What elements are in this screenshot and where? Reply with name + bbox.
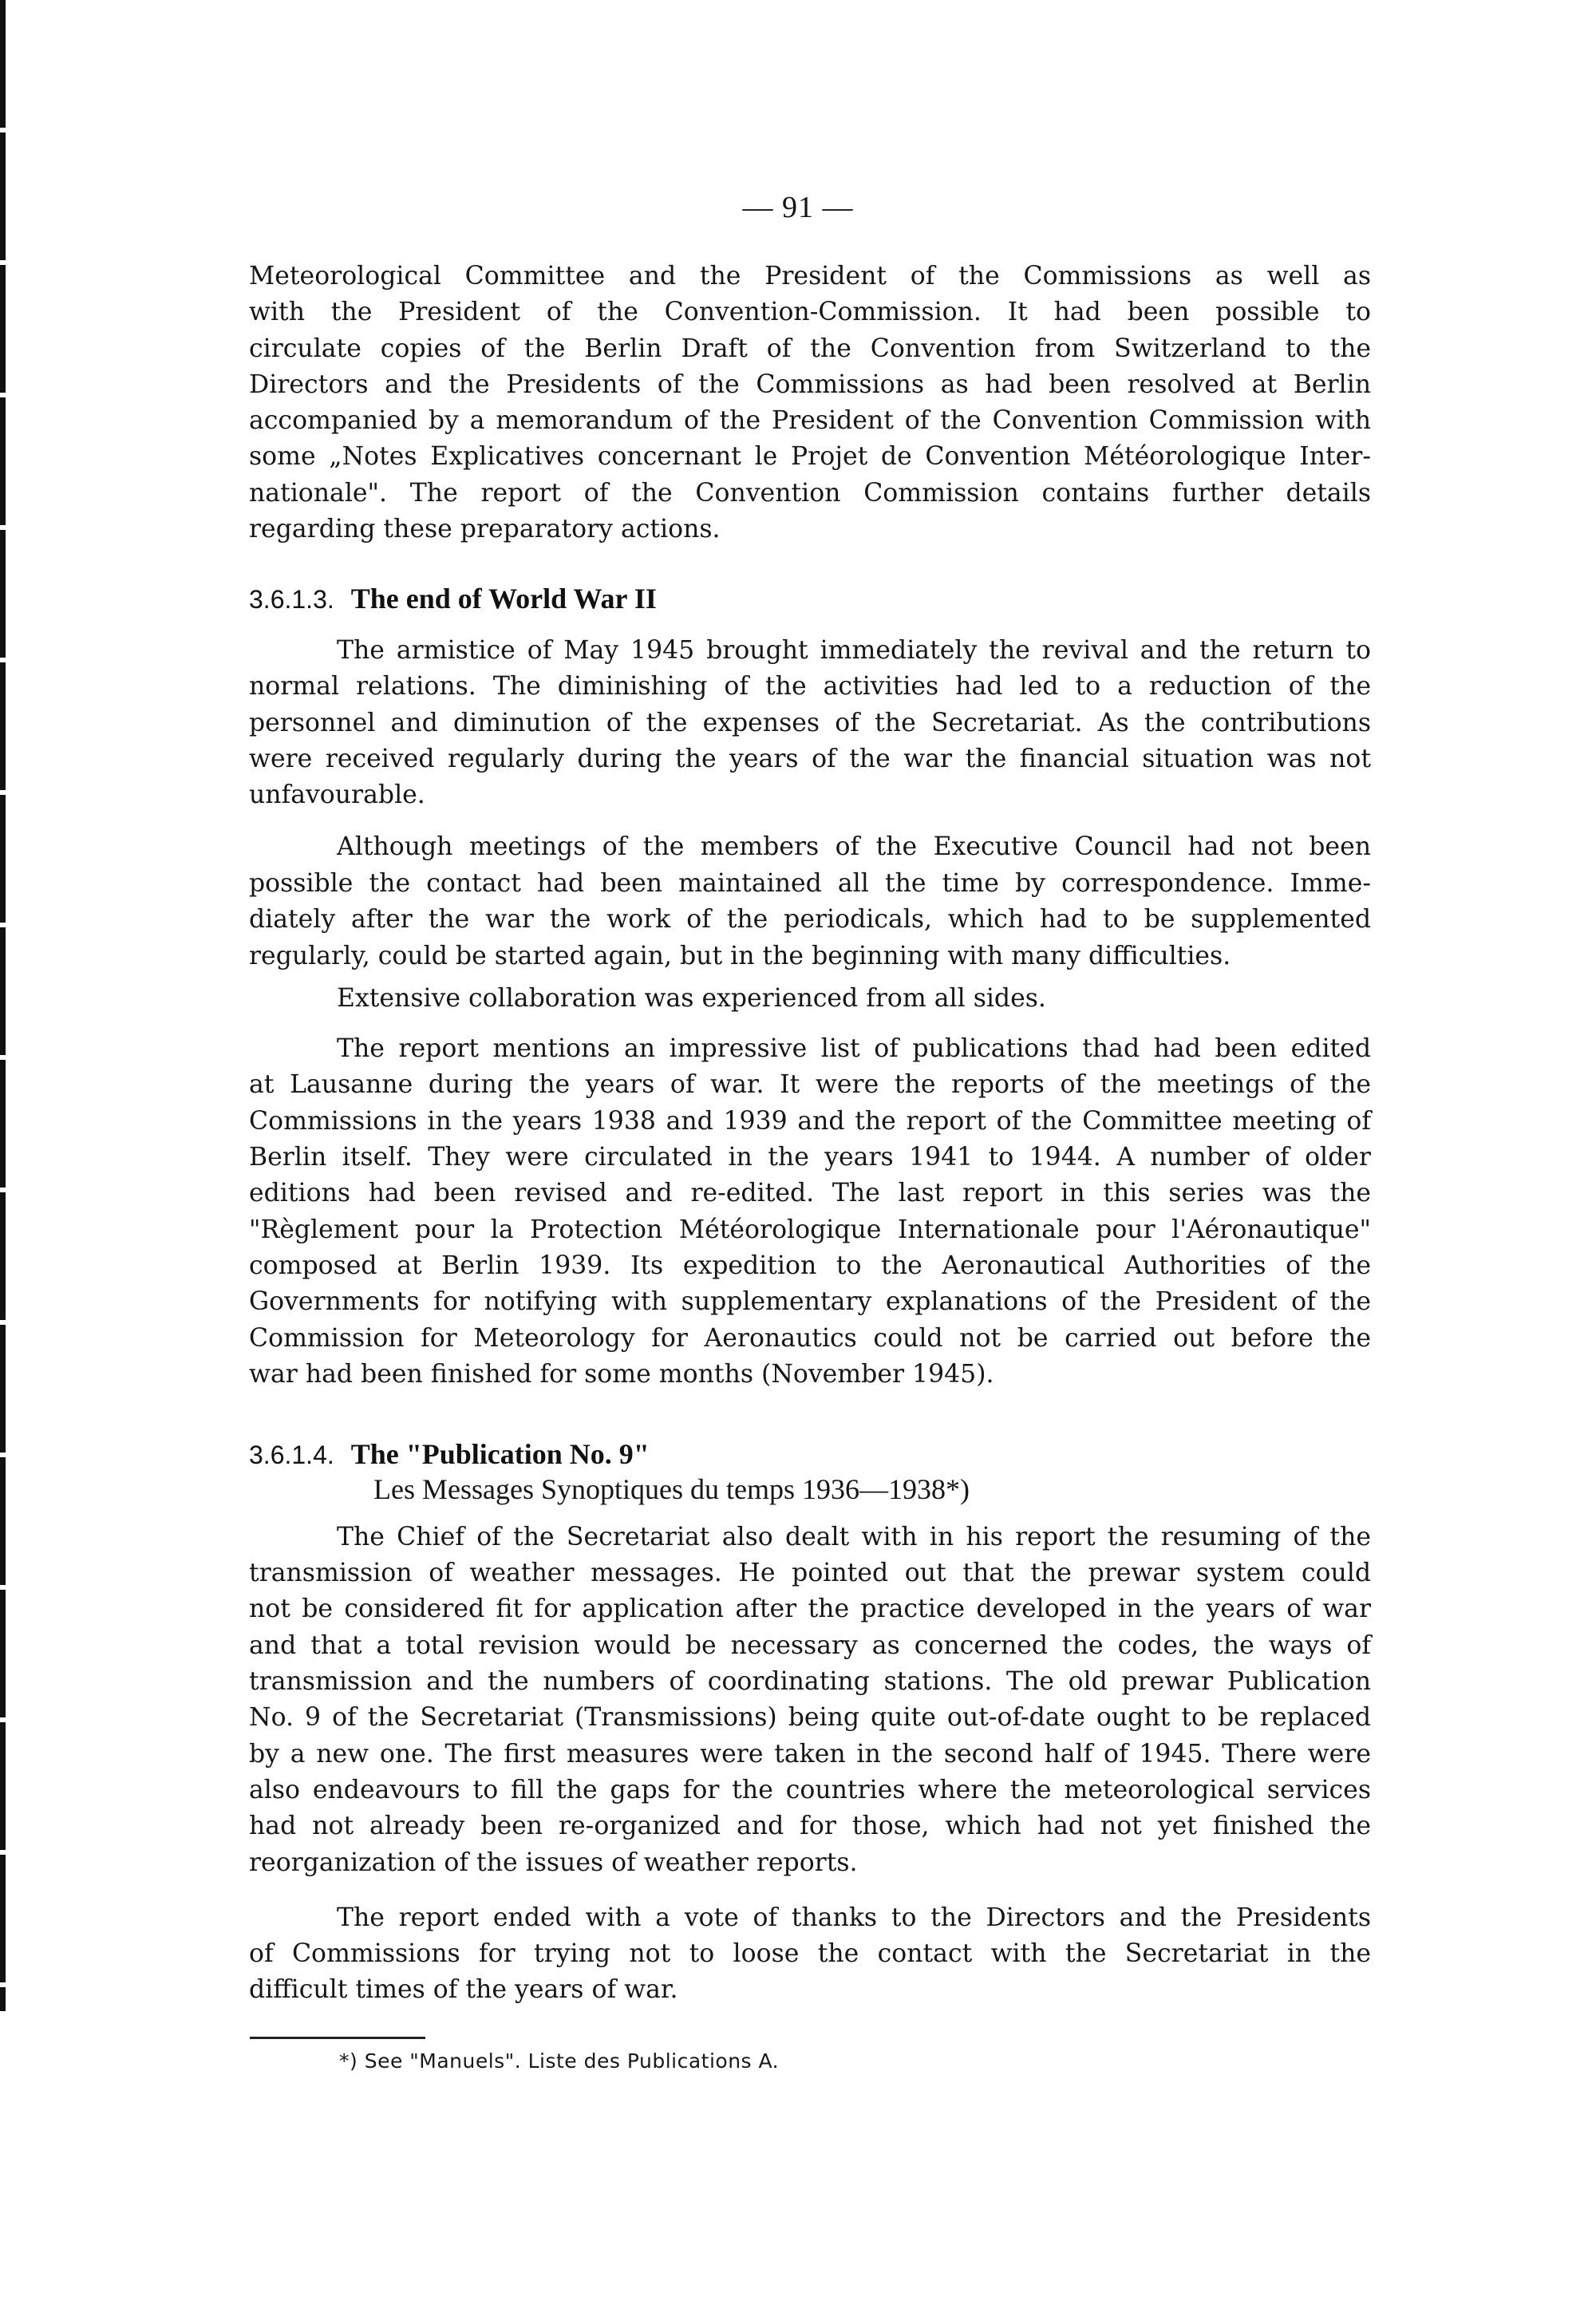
section-number: 3.6.1.3. <box>249 585 334 614</box>
scan-edge-artifact <box>0 0 6 2011</box>
text-line: regarding these preparatory actions. <box>249 513 1371 545</box>
text-line: No. 9 of the Secretariat (Transmissions)… <box>249 1701 1371 1733</box>
text-line: The armistice of May 1945 brought immedi… <box>337 634 1371 666</box>
text-line: Commissions in the years 1938 and 1939 a… <box>249 1105 1371 1137</box>
section-subtitle: Les Messages Synoptiques du temps 1936—1… <box>373 1473 970 1505</box>
text-line: Berlin itself. They were circulated in t… <box>249 1141 1371 1173</box>
text-line: some „Notes Explicatives concernant le P… <box>249 441 1371 472</box>
text-line: composed at Berlin 1939. Its expedition … <box>249 1250 1371 1282</box>
text-line: with the President of the Convention-Com… <box>249 296 1371 328</box>
footnote-divider <box>250 2037 425 2039</box>
text-line: were received regularly during the years… <box>249 743 1371 775</box>
text-line: transmission and the numbers of coordina… <box>249 1666 1371 1697</box>
text-line: regularly, could be started again, but i… <box>249 940 1371 972</box>
text-line: accompanied by a memorandum of the Presi… <box>249 405 1371 437</box>
text-line: diately after the war the work of the pe… <box>249 903 1371 935</box>
text-line: and that a total revision would be neces… <box>249 1630 1371 1662</box>
text-line: war had been finished for some months (N… <box>249 1358 1371 1390</box>
footnote: *) See "Manuels". Liste des Publications… <box>339 2049 779 2073</box>
text-line: Governments for notifying with supplemen… <box>249 1286 1371 1318</box>
section-heading-3-6-1-4: 3.6.1.4. The "Publication No. 9" <box>249 1438 650 1471</box>
text-line: Extensive collaboration was experienced … <box>337 982 1371 1014</box>
text-line: personnel and diminution of the expenses… <box>249 707 1371 739</box>
text-line: editions had been revised and re-edited.… <box>249 1177 1371 1209</box>
text-line: Meteorological Committee and the Preside… <box>249 260 1371 292</box>
section-number: 3.6.1.4. <box>249 1441 334 1469</box>
text-line: by a new one. The first measures were ta… <box>249 1738 1371 1770</box>
text-line: also endeavours to fill the gaps for the… <box>249 1774 1371 1806</box>
text-line: The Chief of the Secretariat also dealt … <box>337 1521 1371 1553</box>
text-line: transmission of weather messages. He poi… <box>249 1557 1371 1589</box>
text-line: reorganization of the issues of weather … <box>249 1847 1371 1879</box>
text-line: normal relations. The diminishing of the… <box>249 670 1371 702</box>
text-line: Directors and the Presidents of the Comm… <box>249 369 1371 401</box>
section-title: The end of World War II <box>351 583 657 615</box>
text-line: of Commissions for trying not to loose t… <box>249 1938 1371 1970</box>
text-line: unfavourable. <box>249 779 1371 811</box>
text-line: The report ended with a vote of thanks t… <box>337 1902 1371 1934</box>
section-heading-3-6-1-3: 3.6.1.3. The end of World War II <box>249 583 657 615</box>
text-line: not be considered fit for application af… <box>249 1593 1371 1625</box>
text-line: "Règlement pour la Protection Météorolog… <box>249 1214 1371 1246</box>
text-line: Although meetings of the members of the … <box>337 831 1371 863</box>
text-line: possible the contact had been maintained… <box>249 868 1371 899</box>
text-line: circulate copies of the Berlin Draft of … <box>249 333 1371 365</box>
page-number: — 91 — <box>0 190 1596 225</box>
section-title: The "Publication No. 9" <box>351 1438 650 1470</box>
text-line: at Lausanne during the years of war. It … <box>249 1069 1371 1101</box>
text-line: nationale". The report of the Convention… <box>249 477 1371 509</box>
text-line: had not already been re-organized and fo… <box>249 1810 1371 1842</box>
text-line: difficult times of the years of war. <box>249 1974 1371 2006</box>
text-line: Commission for Meteorology for Aeronauti… <box>249 1322 1371 1354</box>
text-line: The report mentions an impressive list o… <box>337 1033 1371 1065</box>
